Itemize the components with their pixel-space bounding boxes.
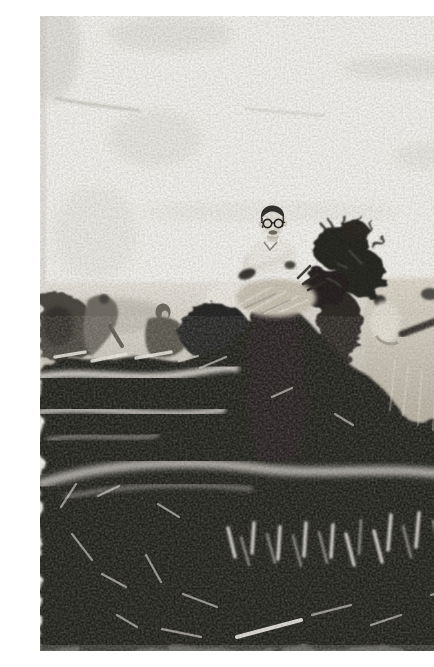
film-grain-light-overlay	[40, 316, 434, 651]
photo-canvas: A man wearing round glasses and a white …	[40, 16, 434, 651]
halftone-photograph: A man wearing round glasses and a white …	[40, 16, 434, 651]
